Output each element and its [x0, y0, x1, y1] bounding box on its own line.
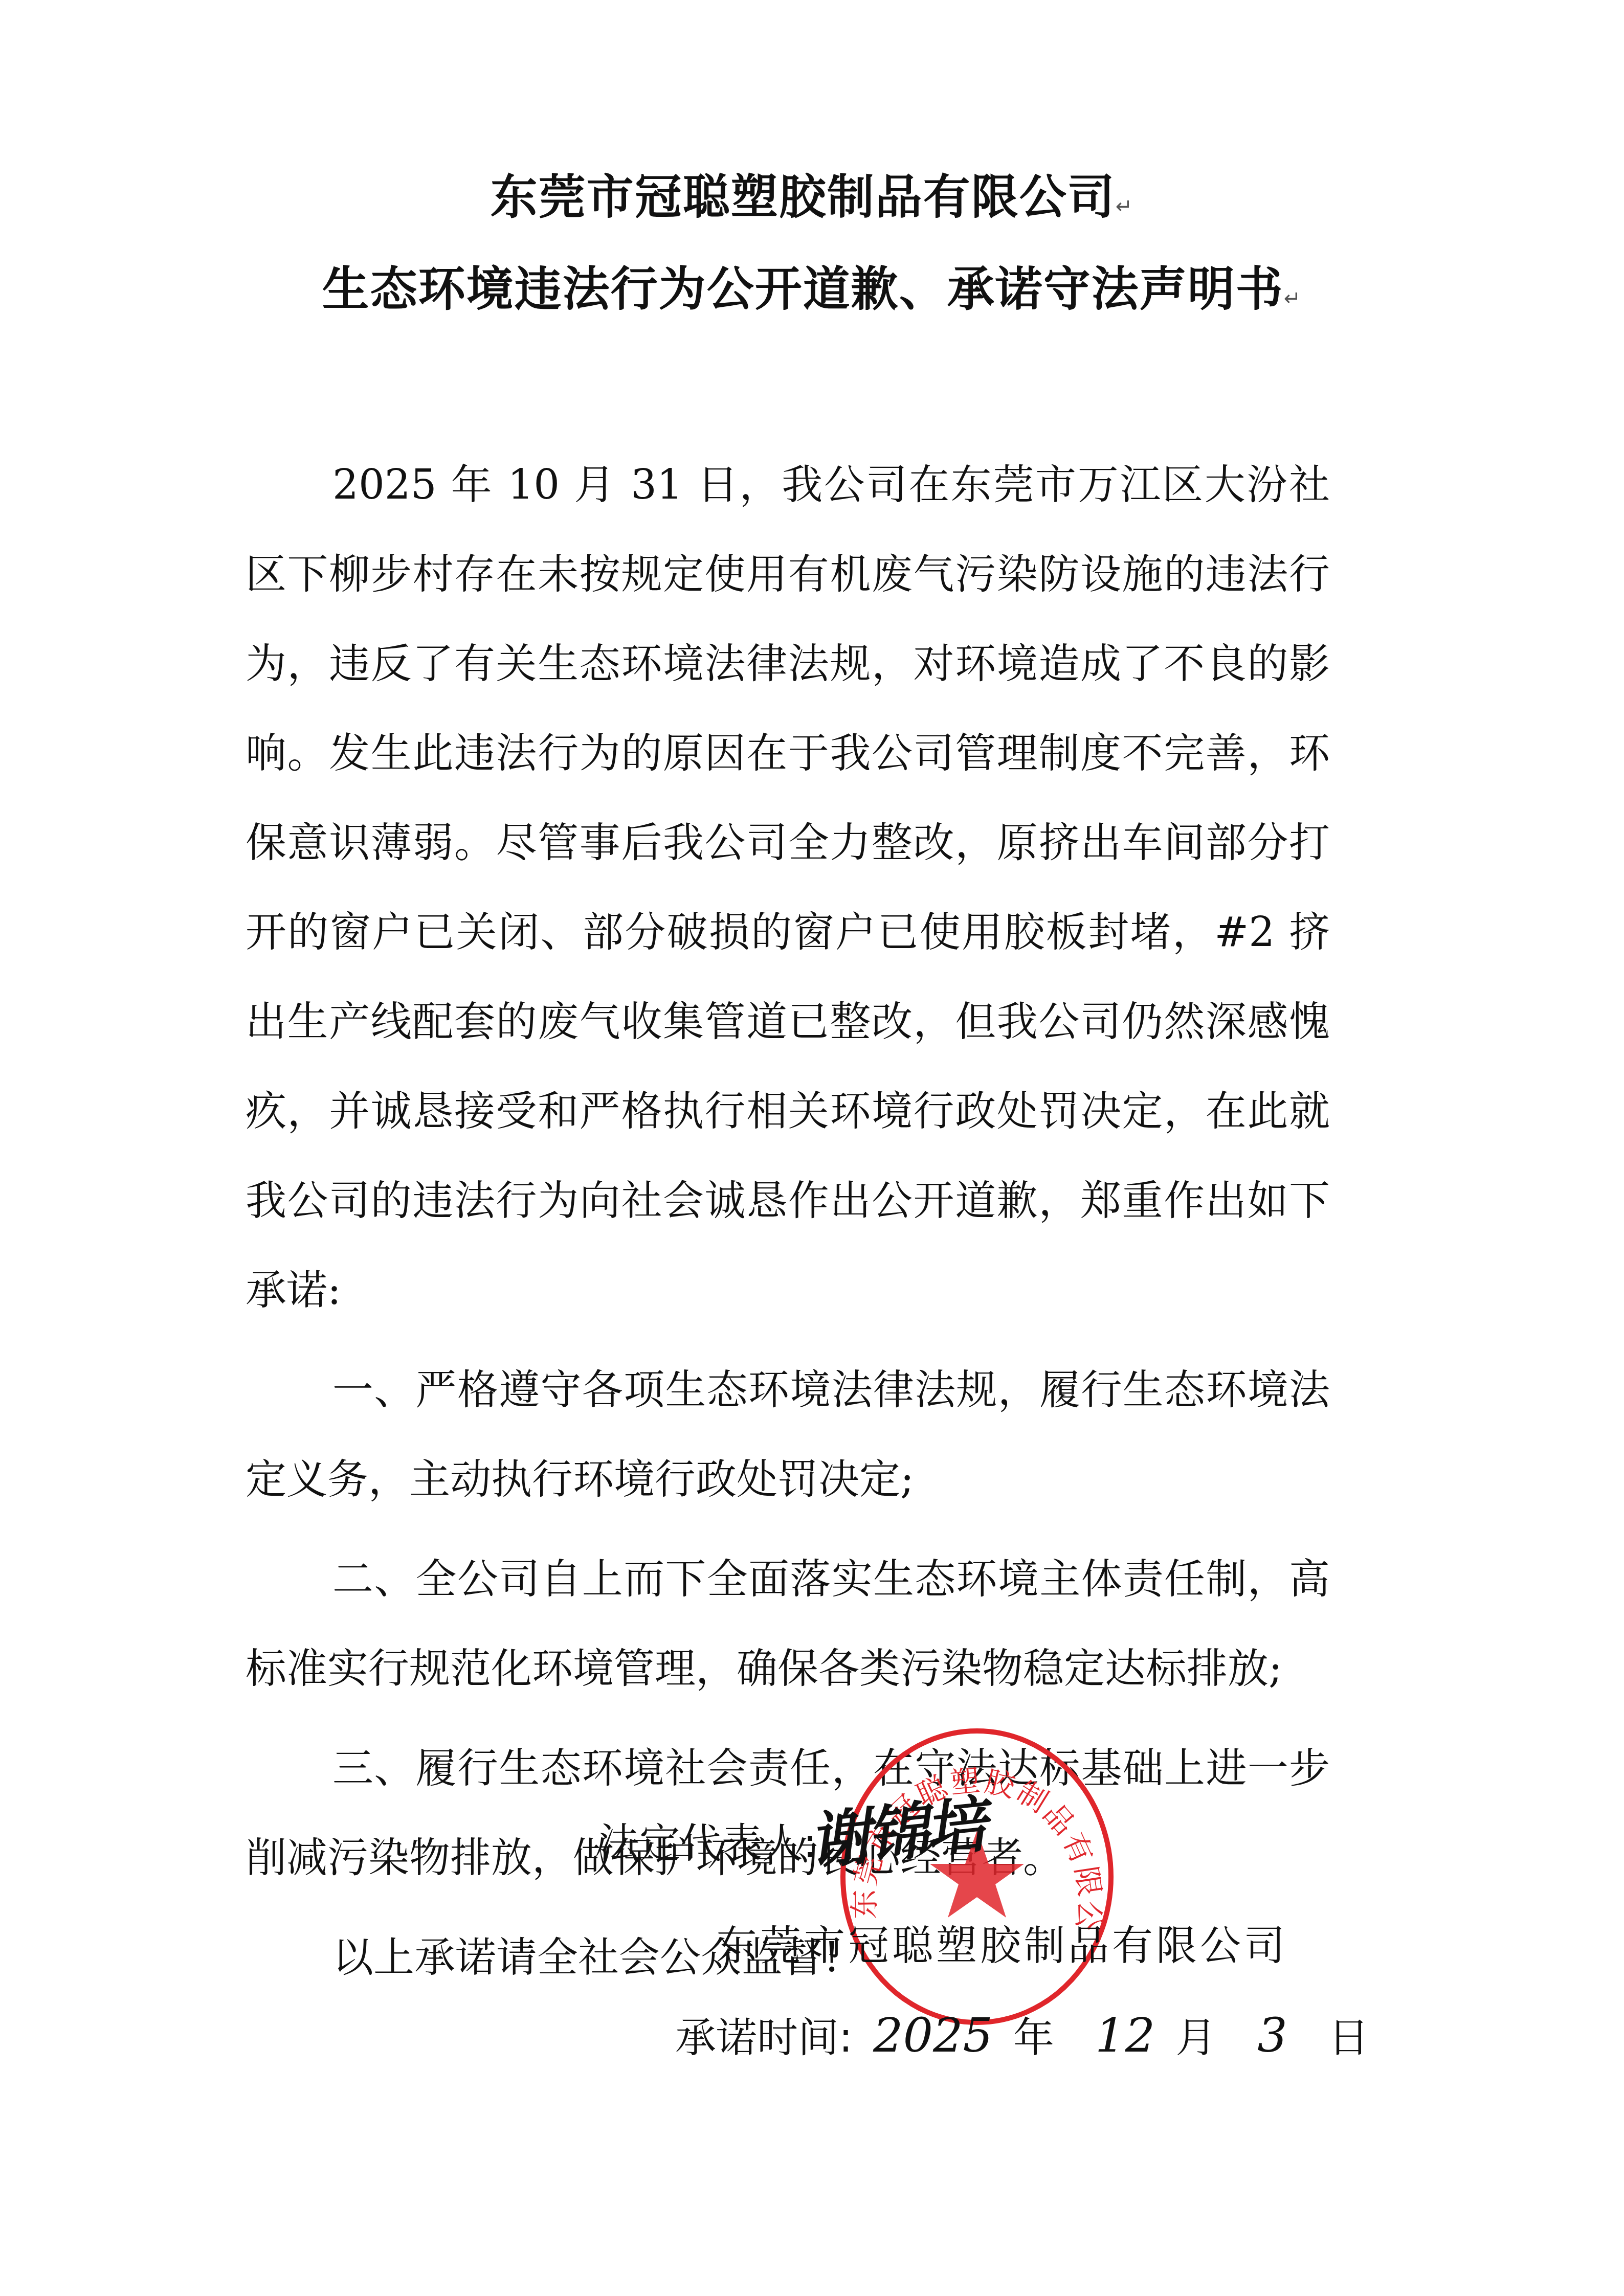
document-body: 2025 年 10 月 31 日，我公司在东莞市万江区大汾社区下柳步村存在未按规…: [246, 440, 1330, 2002]
document-title-company: 东莞市冠聪塑胶制品有限公司↵: [0, 174, 1624, 221]
paragraph-mark-icon: ↵: [1116, 195, 1134, 218]
document-title-statement: 生态环境违法行为公开道歉、承诺守法声明书↵: [0, 266, 1624, 313]
legal-representative-label: 法定代表人:: [598, 1810, 817, 1869]
commitment-date: 承诺时间: 2025 年 12 月 3 日: [675, 2005, 1369, 2063]
handwritten-signature: 谢锦培: [804, 1776, 987, 1882]
main-paragraph: 2025 年 10 月 31 日，我公司在东莞市万江区大汾社区下柳步村存在未按规…: [246, 440, 1330, 1335]
date-day: 3: [1257, 2008, 1287, 2063]
commitment-item-1: 一、严格遵守各项生态环境法律法规，履行生态环境法定义务，主动执行环境行政处罚决定…: [246, 1345, 1330, 1524]
commitment-item-2: 二、全公司自上而下全面落实生态环境主体责任制，高标准实行规范化环境管理，确保各类…: [246, 1534, 1330, 1713]
date-year: 2025: [873, 2008, 993, 2063]
signing-company-name: 东莞市冠聪塑胶制品有限公司: [716, 1912, 1288, 1971]
paragraph-mark-icon: ↵: [1284, 287, 1302, 310]
month-unit: 月: [1175, 2005, 1216, 2063]
date-month: 12: [1095, 2008, 1155, 2063]
title-line-1: 东莞市冠聪塑胶制品有限公司: [491, 170, 1116, 224]
day-unit: 日: [1328, 2005, 1369, 2063]
date-label: 承诺时间:: [675, 2005, 853, 2063]
title-line-2: 生态环境违法行为公开道歉、承诺守法声明书: [322, 262, 1284, 317]
year-unit: 年: [1013, 2005, 1054, 2063]
